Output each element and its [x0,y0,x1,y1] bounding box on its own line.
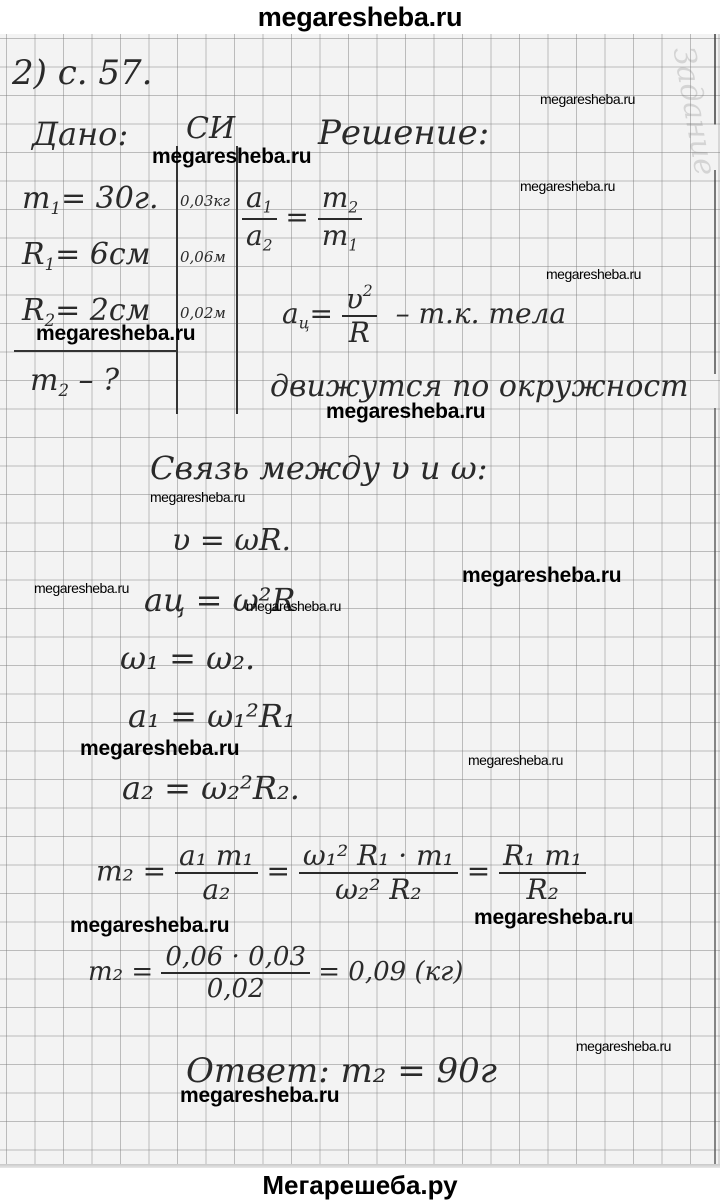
watermark: megaresheba.ru [462,564,621,588]
solution-heading: Решение: [318,116,489,150]
relation-heading: Связь между υ и ω: [150,452,487,484]
formula-line: υ = ωR. [172,526,291,556]
watermark: megaresheba.ru [36,322,195,346]
formula-line: a₁ = ω₁²R₁ [128,700,296,732]
formula-line: ω₁ = ω₂. [120,642,255,674]
given-row: m1= 30г. [22,184,159,217]
bleed-through-text: Задание [666,44,720,178]
watermark: megaresheba.ru [180,1084,339,1108]
formula-line: a₂ = ω₂²R₂. [122,772,300,804]
site-header: megaresheba.ru [0,0,720,34]
centripetal-formula: aц= υ2R – т.к. тела [282,284,566,347]
watermark: megaresheba.ru [152,145,311,169]
watermark: megaresheba.ru [70,914,229,938]
find-row: m2 – ? [30,366,119,399]
watermark: megaresheba.ru [246,598,341,614]
watermark: megaresheba.ru [540,91,635,107]
watermark: megaresheba.ru [576,1038,671,1054]
problem-number: 2) с. 57. [12,56,152,90]
derivation-formula: m₂ = a₁ m₁a₂ = ω₁² R₁ · m₁ω₂² R₂ = R₁ m₁… [96,842,586,904]
si-value: 0,02м [180,306,226,321]
watermark: megaresheba.ru [468,752,563,768]
watermark: megaresheba.ru [150,489,245,505]
watermark: megaresheba.ru [474,906,633,930]
given-underline [14,350,178,352]
si-heading: СИ [186,114,235,144]
watermark: megaresheba.ru [326,400,485,424]
si-value: 0,06м [180,250,226,265]
notebook-page: Задание 2) с. 57. Дано: СИ m1= 30г. 0,03… [0,34,720,1168]
given-divider-right [236,146,238,414]
given-heading: Дано: [32,118,128,150]
watermark: megaresheba.ru [546,266,641,282]
calculation-formula: m₂ = 0,06 · 0,030,02 = 0,09 (кг) [88,944,463,1002]
si-value: 0,03кг [180,194,230,209]
watermark: megaresheba.ru [34,580,129,596]
note-line: движутся по окружност [270,372,689,402]
answer: Ответ: m₂ = 90г [186,1054,497,1088]
site-footer: Мегарешеба.ру [0,1168,720,1203]
given-divider-left [176,146,178,414]
ratio-equation: a1a2 = m2m1 [242,184,362,254]
watermark: megaresheba.ru [80,737,239,761]
given-row: R1= 6см [22,240,151,273]
watermark: megaresheba.ru [520,178,615,194]
margin-line [714,34,716,1168]
